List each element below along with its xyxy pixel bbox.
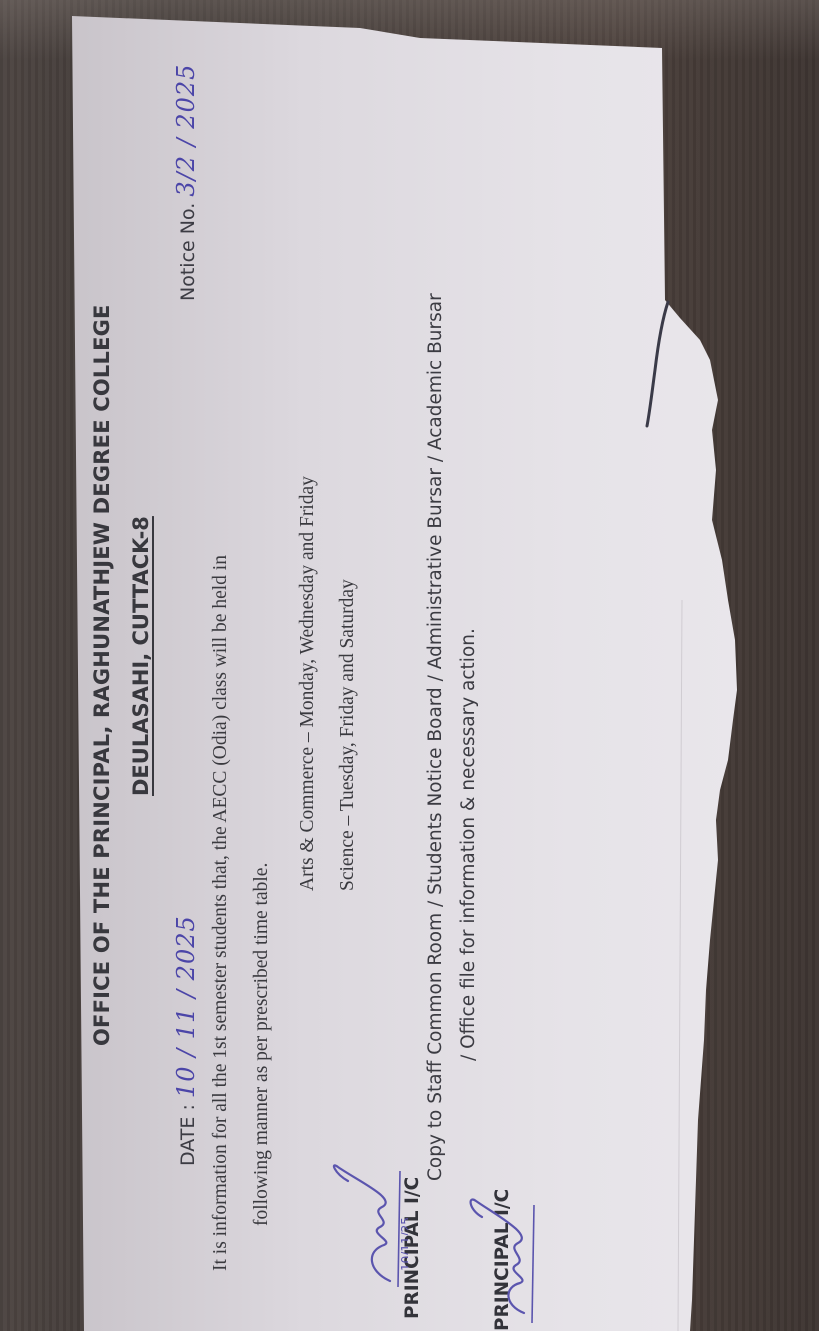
signature-2-icon [460, 1191, 540, 1331]
notice-label: Notice No. [177, 203, 199, 301]
notice-content: OFFICE OF THE PRINCIPAL, RAGHUNATHJEW DE… [80, 71, 720, 1331]
notice-number: Notice No. 3/2 / 2025 [172, 64, 200, 301]
body-line-2: following manner as per prescribed time … [241, 181, 282, 1226]
schedule-item-science: Science – Tuesday, Friday and Saturday [328, 476, 368, 891]
signature-1-icon: 10/11/25 [328, 1151, 408, 1291]
copy-to-line-2: / Office file for information & necessar… [458, 628, 479, 1061]
schedule-list: Arts & Commerce – Monday, Wednesday and … [288, 476, 368, 891]
header-line-2: DEULASAHI, CUTTACK-8 [129, 516, 153, 796]
date-label: DATE : [177, 1104, 199, 1166]
notice-number-handwritten: 3/2 / 2025 [172, 64, 200, 197]
schedule-item-arts-commerce: Arts & Commerce – Monday, Wednesday and … [288, 476, 328, 891]
notice-date: DATE : 10 / 11 / 2025 [172, 915, 200, 1166]
notice-body: It is information for all the 1st semest… [200, 181, 282, 1271]
body-line-1: It is information for all the 1st semest… [200, 181, 241, 1271]
svg-text:10/11/25: 10/11/25 [399, 1217, 408, 1271]
date-handwritten: 10 / 11 / 2025 [172, 915, 200, 1098]
copy-to-line-1: Copy to Staff Common Room / Students Not… [425, 293, 446, 1181]
header-line-1: OFFICE OF THE PRINCIPAL, RAGHUNATHJEW DE… [90, 304, 114, 1046]
